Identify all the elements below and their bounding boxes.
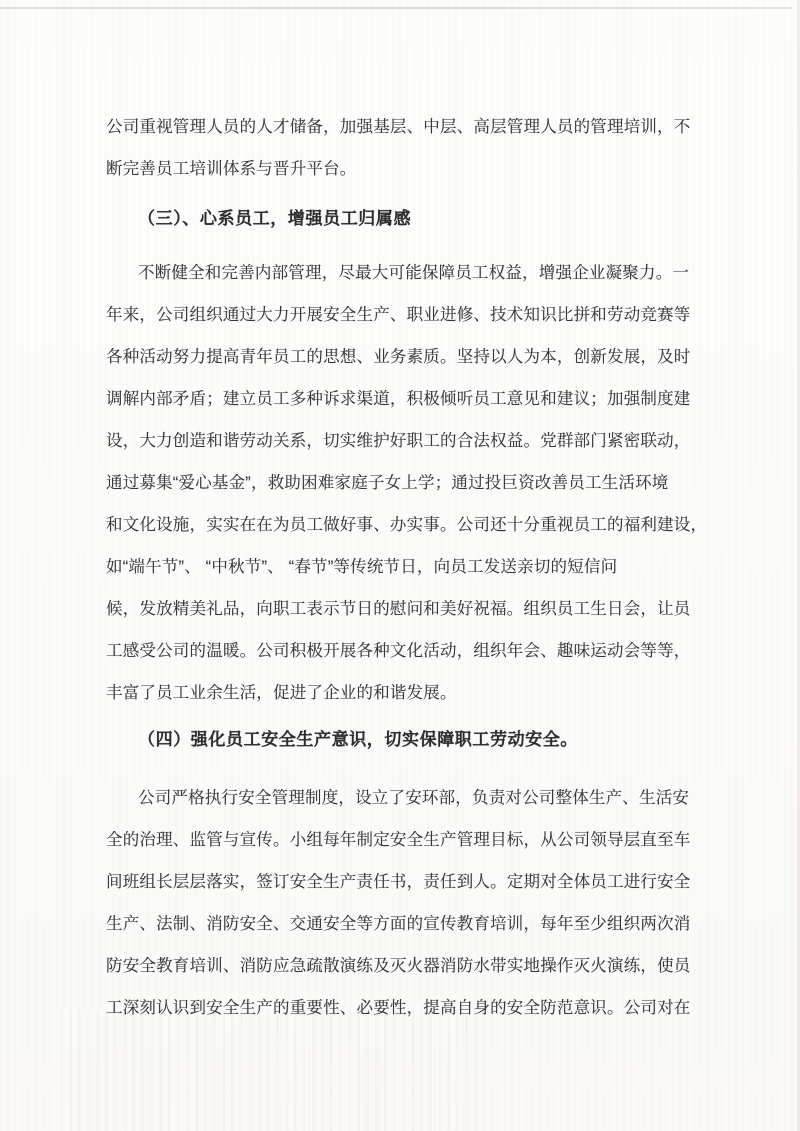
paragraph-line: 断完善员工培训体系与晋升平台。 [106,148,680,190]
paragraph-line: 和文化设施，实实在在为员工做好事、办实事。公司还十分重视员工的福利建设， [106,504,680,546]
paragraph-line: 工深刻认识到安全生产的重要性、必要性，提高自身的安全防范意识。公司对在 [106,987,680,1029]
scan-edge-top-line [0,7,792,9]
section-heading-3: （三）、心系员工，增强员工归属感 [106,198,680,240]
scanned-document-page: 公司重视管理人员的人才储备，加强基层、中层、高层管理人员的管理培训，不 断完善员… [0,0,800,1131]
paragraph-line: 年来，公司组织通过大力开展安全生产、职业进修、技术知识比拼和劳动竞赛等 [106,294,680,336]
paragraph-line: 调解内部矛盾；建立员工多种诉求渠道，积极倾听员工意见和建议；加强制度建 [106,378,680,420]
document-content: 公司重视管理人员的人才储备，加强基层、中层、高层管理人员的管理培训，不 断完善员… [106,106,680,1029]
paragraph-line: 全的治理、监管与宣传。小组每年制定安全生产管理目标，从公司领导层直至车 [106,819,680,861]
paragraph-line: 不断健全和完善内部管理，尽最大可能保障员工权益，增强企业凝聚力。一 [106,252,680,294]
paragraph-line: 候，发放精美礼品，向职工表示节日的慰问和美好祝福。组织员工生日会，让员 [106,588,680,630]
paragraph-line: 丰富了员工业余生活，促进了企业的和谐发展。 [106,672,680,714]
paragraph-line: 间班组长层层落实，签订安全生产责任书，责任到人。定期对全体员工进行安全 [106,861,680,903]
paragraph-line: 设，大力创造和谐劳动关系，切实维护好职工的合法权益。党群部门紧密联动， [106,420,680,462]
paragraph-line: 各种活动努力提高青年员工的思想、业务素质。坚持以人为本，创新发展，及时 [106,336,680,378]
paragraph-line: 生产、法制、消防安全、交通安全等方面的宣传教育培训，每年至少组织两次消 [106,903,680,945]
paragraph-line: 防安全教育培训、消防应急疏散演练及灭火器消防水带实地操作灭火演练，使员 [106,945,680,987]
paragraph-line: 工感受公司的温暖。公司积极开展各种文化活动，组织年会、趣味运动会等等， [106,630,680,672]
paragraph-line: 公司重视管理人员的人才储备，加强基层、中层、高层管理人员的管理培训，不 [106,106,680,148]
paragraph-line: 如“端午节”、 “中秋节”、 “春节”等传统节日，向员工发送亲切的短信问 [106,546,680,588]
paragraph-line: 通过募集“爱心基金”，救助困难家庭子女上学；通过投巨资改善员工生活环境 [106,462,680,504]
section-heading-4: （四）强化员工安全生产意识，切实保障职工劳动安全。 [106,719,680,761]
paragraph-line: 公司严格执行安全管理制度，设立了安环部，负责对公司整体生产、生活安 [106,777,680,819]
